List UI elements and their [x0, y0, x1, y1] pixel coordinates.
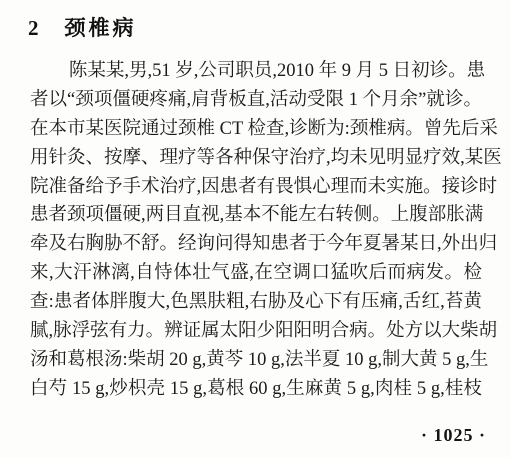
body-line: 腻,脉浮弦有力。辨证属太阳少阳阳明合病。处方以大柴胡 — [30, 317, 482, 346]
chapter-number: 2 — [28, 16, 39, 41]
body-line: 者以“颈项僵硬疼痛,肩背板直,活动受限 1 个月余”就诊。 — [30, 86, 482, 115]
body-line: 陈某某,男,51 岁,公司职员,2010 年 9 月 5 日初诊。患 — [30, 57, 482, 86]
body-line: 在本市某医院通过颈椎 CT 检查,诊断为:颈椎病。曾先后采 — [30, 115, 482, 144]
book-page: 2 颈椎病 陈某某,男,51 岁,公司职员,2010 年 9 月 5 日初诊。患… — [0, 0, 510, 458]
chapter-title: 颈椎病 — [65, 12, 137, 42]
body-line: 院准备给予手术治疗,因患者有畏惧心理而未实施。接诊时 — [30, 173, 482, 202]
chapter-heading: 2 颈椎病 — [28, 12, 137, 42]
body-line: 用针灸、按摩、理疗等各种保守治疗,均未见明显疗效,某医 — [30, 144, 482, 173]
case-record-paragraph: 陈某某,男,51 岁,公司职员,2010 年 9 月 5 日初诊。患 者以“颈项… — [30, 57, 482, 404]
body-line: 汤和葛根汤:柴胡 20 g,黄芩 10 g,法半夏 10 g,制大黄 5 g,生 — [30, 346, 482, 375]
body-line: 牵及右胸胁不舒。经询问得知患者于今年夏暑某日,外出归 — [30, 230, 482, 259]
body-line: 患者颈项僵硬,两目直视,基本不能左右转侧。上腹部胀满 — [30, 201, 482, 230]
body-line: 查:患者体胖腹大,色黑肤粗,右胁及心下有压痛,舌红,苔黄 — [30, 288, 482, 317]
body-line: 白芍 15 g,炒枳壳 15 g,葛根 60 g,生麻黄 5 g,肉桂 5 g,… — [30, 375, 482, 404]
body-line: 来,大汗淋漓,自恃体壮气盛,在空调口猛吹后而病发。检 — [30, 259, 482, 288]
page-number: · 1025 · — [421, 425, 486, 446]
